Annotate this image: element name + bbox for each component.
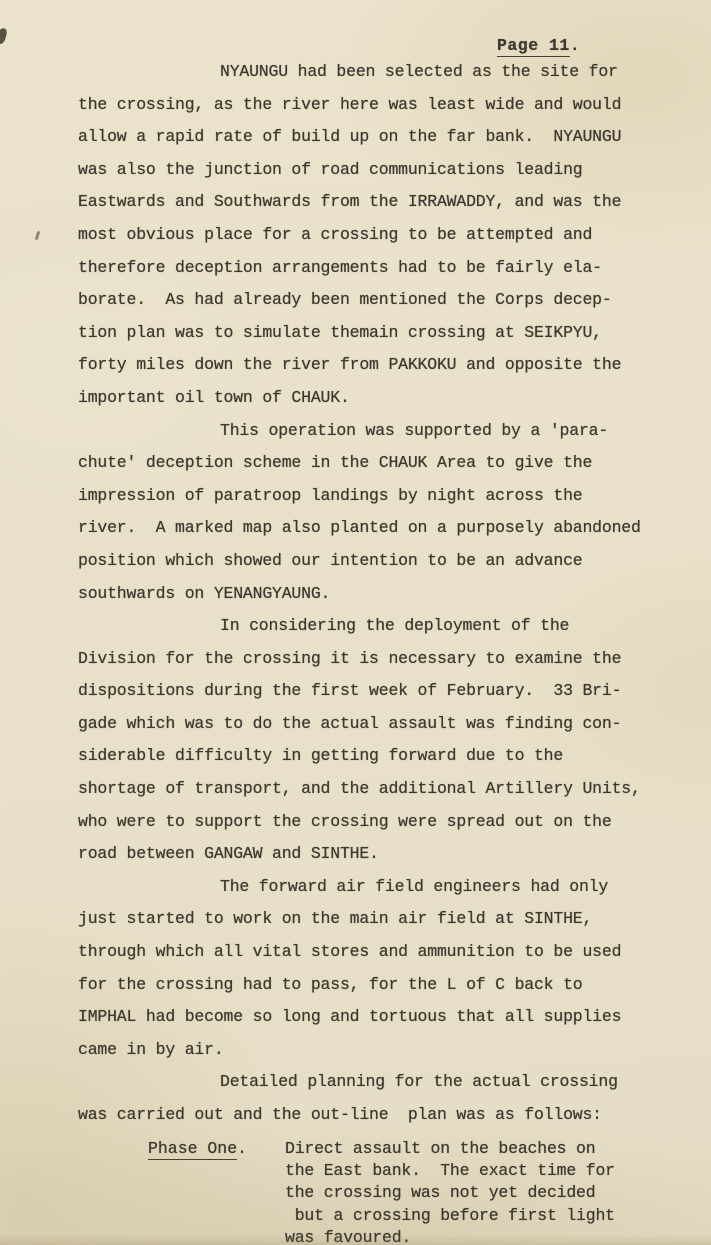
- phase-one-description: Direct assault on the beaches on the Eas…: [285, 1138, 678, 1245]
- scan-speck-icon: [35, 231, 40, 240]
- text-line: road between GANGAW and SINTHE.: [78, 838, 678, 871]
- text-line: Detailed planning for the actual crossin…: [78, 1066, 678, 1099]
- text-line: southwards on YENANGYAUNG.: [78, 578, 678, 611]
- page-number-period: .: [570, 36, 580, 55]
- text-line: river. A marked map also planted on a pu…: [78, 512, 678, 545]
- text-line: was also the junction of road communicat…: [78, 154, 678, 187]
- text-line: who were to support the crossing were sp…: [78, 806, 678, 839]
- phase-one-section: Phase One. Direct assault on the beaches…: [78, 1138, 678, 1245]
- text-line: position which showed our intention to b…: [78, 545, 678, 578]
- text-line: tion plan was to simulate themain crossi…: [78, 317, 678, 350]
- text-line: In considering the deployment of the: [78, 610, 678, 643]
- text-line: dispositions during the first week of Fe…: [78, 675, 678, 708]
- phase-one-label-period: .: [237, 1139, 247, 1158]
- text-line: shortage of transport, and the additiona…: [78, 773, 678, 806]
- text-line: therefore deception arrangements had to …: [78, 252, 678, 285]
- text-line: the crossing was not yet decided: [285, 1182, 678, 1204]
- paragraph-detailed-planning: Detailed planning for the actual crossin…: [78, 1066, 678, 1131]
- paragraph-nyaungu-site: NYAUNGU had been selected as the site fo…: [78, 56, 678, 415]
- phase-one-label: Phase One.: [148, 1138, 285, 1160]
- text-line: was carried out and the out-line plan wa…: [78, 1099, 678, 1132]
- text-line: allow a rapid rate of build up on the fa…: [78, 121, 678, 154]
- text-line: siderable difficulty in getting forward …: [78, 740, 678, 773]
- text-line: gade which was to do the actual assault …: [78, 708, 678, 741]
- paragraph-parachute-deception: This operation was supported by a 'para-…: [78, 415, 678, 611]
- text-line: NYAUNGU had been selected as the site fo…: [78, 56, 678, 89]
- document-body: NYAUNGU had been selected as the site fo…: [78, 56, 678, 1245]
- text-line: impression of paratroop landings by nigh…: [78, 480, 678, 513]
- text-line: but a crossing before first light: [285, 1205, 678, 1227]
- text-line: came in by air.: [78, 1034, 678, 1067]
- text-line: most obvious place for a crossing to be …: [78, 219, 678, 252]
- page-number-text: Page 11: [497, 36, 570, 57]
- text-line: just started to work on the main air fie…: [78, 903, 678, 936]
- scan-edge-shadow: [0, 1235, 711, 1245]
- paragraph-deployment: In considering the deployment of the Div…: [78, 610, 678, 871]
- text-line: the East bank. The exact time for: [285, 1160, 678, 1182]
- text-line: Eastwards and Southwards from the IRRAWA…: [78, 186, 678, 219]
- text-line: The forward air field engineers had only: [78, 871, 678, 904]
- page-number-heading: Page 11.: [497, 36, 580, 55]
- text-line: important oil town of CHAUK.: [78, 382, 678, 415]
- paragraph-airfield-engineers: The forward air field engineers had only…: [78, 871, 678, 1067]
- text-line: Division for the crossing it is necessar…: [78, 643, 678, 676]
- text-line: for the crossing had to pass, for the L …: [78, 969, 678, 1002]
- text-line: Direct assault on the beaches on: [285, 1138, 678, 1160]
- text-line: the crossing, as the river here was leas…: [78, 89, 678, 122]
- text-line: This operation was supported by a 'para-: [78, 415, 678, 448]
- text-line: IMPHAL had become so long and tortuous t…: [78, 1001, 678, 1034]
- document-page: Page 11. NYAUNGU had been selected as th…: [0, 0, 711, 1245]
- text-line: chute' deception scheme in the CHAUK Are…: [78, 447, 678, 480]
- text-line: borate. As had already been mentioned th…: [78, 284, 678, 317]
- text-line: through which all vital stores and ammun…: [78, 936, 678, 969]
- phase-one-label-text: Phase One: [148, 1139, 237, 1160]
- text-line: forty miles down the river from PAKKOKU …: [78, 349, 678, 382]
- scan-speck-icon: [0, 27, 8, 45]
